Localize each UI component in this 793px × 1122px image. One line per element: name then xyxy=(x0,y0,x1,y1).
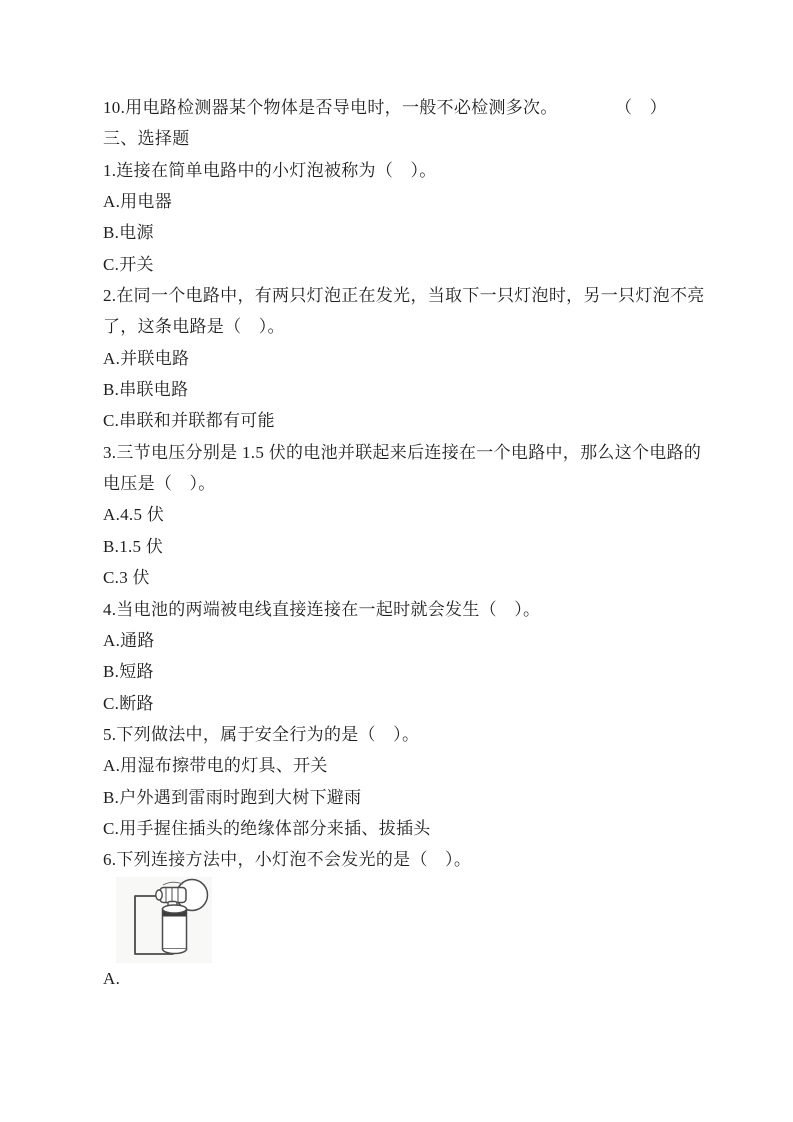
mc-question-4: 4.当电池的两端被电线直接连接在一起时就会发生（ ）。 xyxy=(103,594,723,625)
mc-q2-option-a: A.并联电路 xyxy=(103,343,723,374)
mc-question-2-line1: 2.在同一个电路中，有两只灯泡正在发光，当取下一只灯泡时，另一只灯泡不亮 xyxy=(103,280,723,311)
mc-q2-option-b: B.串联电路 xyxy=(103,374,723,405)
mc-question-3-line1: 3.三节电压分别是 1.5 伏的电池并联起来后连接在一个电路中，那么这个电路的 xyxy=(103,437,723,468)
mc-question-1: 1.连接在简单电路中的小灯泡被称为（ ）。 xyxy=(103,155,723,186)
mc-q4-option-b: B.短路 xyxy=(103,656,723,687)
tf-question-10-text: 10.用电路检测器某个物体是否导电时，一般不必检测多次。 xyxy=(103,98,558,117)
mc-q4-option-c: C.断路 xyxy=(103,688,723,719)
mc-q2-option-c: C.串联和并联都有可能 xyxy=(103,405,723,436)
mc-question-3-line2: 电压是（ ）。 xyxy=(103,468,723,499)
mc-q3-option-b: B.1.5 伏 xyxy=(103,531,723,562)
mc-question-2-line2: 了，这条电路是（ ）。 xyxy=(103,311,723,342)
mc-q4-option-a: A.通路 xyxy=(103,625,723,656)
tf-question-10: 10.用电路检测器某个物体是否导电时，一般不必检测多次。 （ ） xyxy=(103,92,723,123)
mc-q5-option-c: C.用手握住插头的绝缘体部分来插、拔插头 xyxy=(103,813,723,844)
battery-bulb-circuit-image xyxy=(116,877,212,963)
mc-q3-option-c: C.3 伏 xyxy=(103,562,723,593)
mc-question-6: 6.下列连接方法中，小灯泡不会发光的是（ ）。 xyxy=(103,844,723,875)
mc-q5-option-b: B.户外遇到雷雨时跑到大树下避雨 xyxy=(103,782,723,813)
battery-icon xyxy=(163,901,187,953)
section-title-choice: 三、选择题 xyxy=(103,123,723,154)
mc-q1-option-b: B.电源 xyxy=(103,217,723,248)
mc-question-5: 5.下列做法中，属于安全行为的是（ ）。 xyxy=(103,719,723,750)
mc-q1-option-c: C.开关 xyxy=(103,249,723,280)
document-page: 10.用电路检测器某个物体是否导电时，一般不必检测多次。 （ ） 三、选择题 1… xyxy=(0,0,793,1122)
mc-q6-figure-label-a: A. xyxy=(103,963,723,994)
mc-q1-option-a: A.用电器 xyxy=(103,186,723,217)
mc-q5-option-a: A.用湿布擦带电的灯具、开关 xyxy=(103,750,723,781)
worksheet-body: 10.用电路检测器某个物体是否导电时，一般不必检测多次。 （ ） 三、选择题 1… xyxy=(103,92,723,994)
mc-q6-figure-option-a xyxy=(116,877,723,963)
tf-question-10-answer-blank: （ ） xyxy=(615,92,667,123)
mc-q3-option-a: A.4.5 伏 xyxy=(103,499,723,530)
